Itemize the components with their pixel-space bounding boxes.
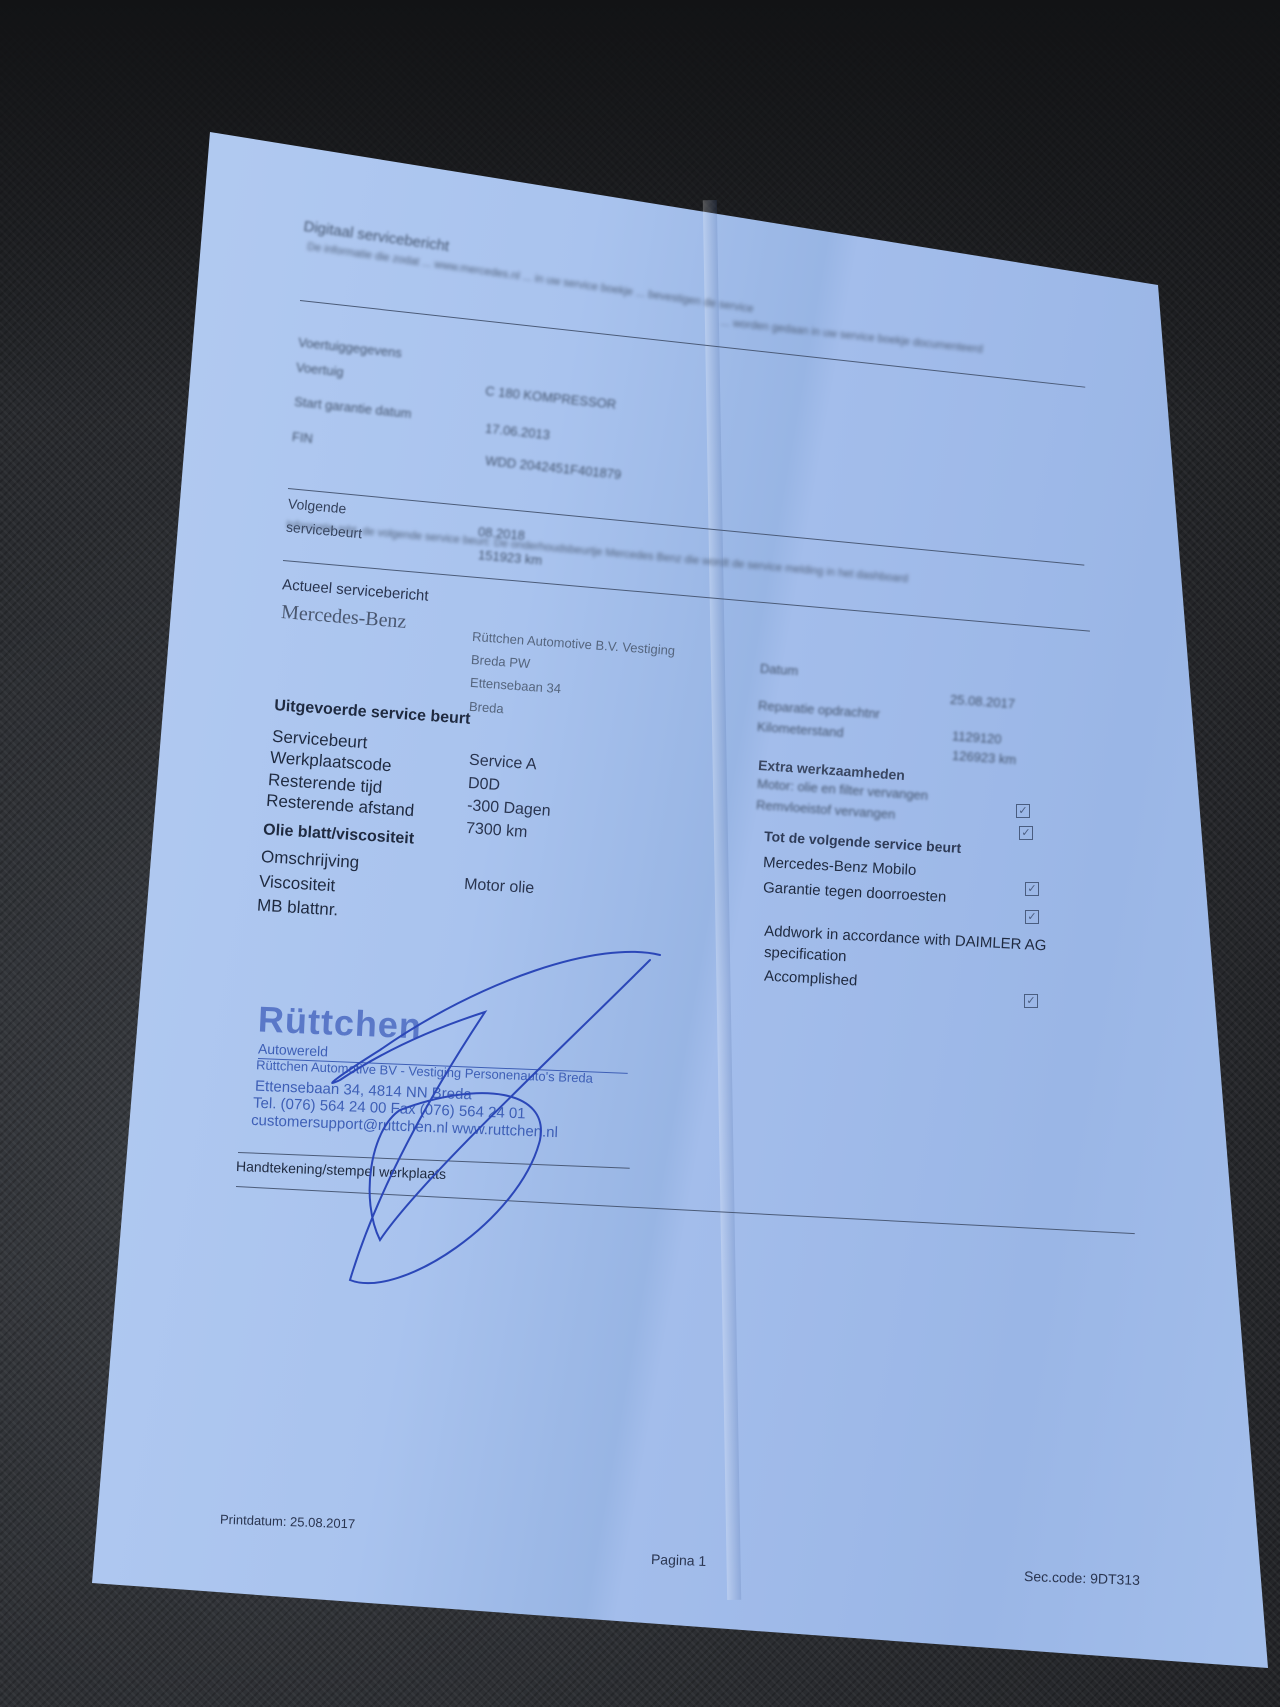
page-number: Pagina 1	[651, 1551, 707, 1569]
handwritten-signature	[0, 0, 1280, 1707]
service-document: Digitaal servicebericht De informatie di…	[0, 0, 1280, 1707]
